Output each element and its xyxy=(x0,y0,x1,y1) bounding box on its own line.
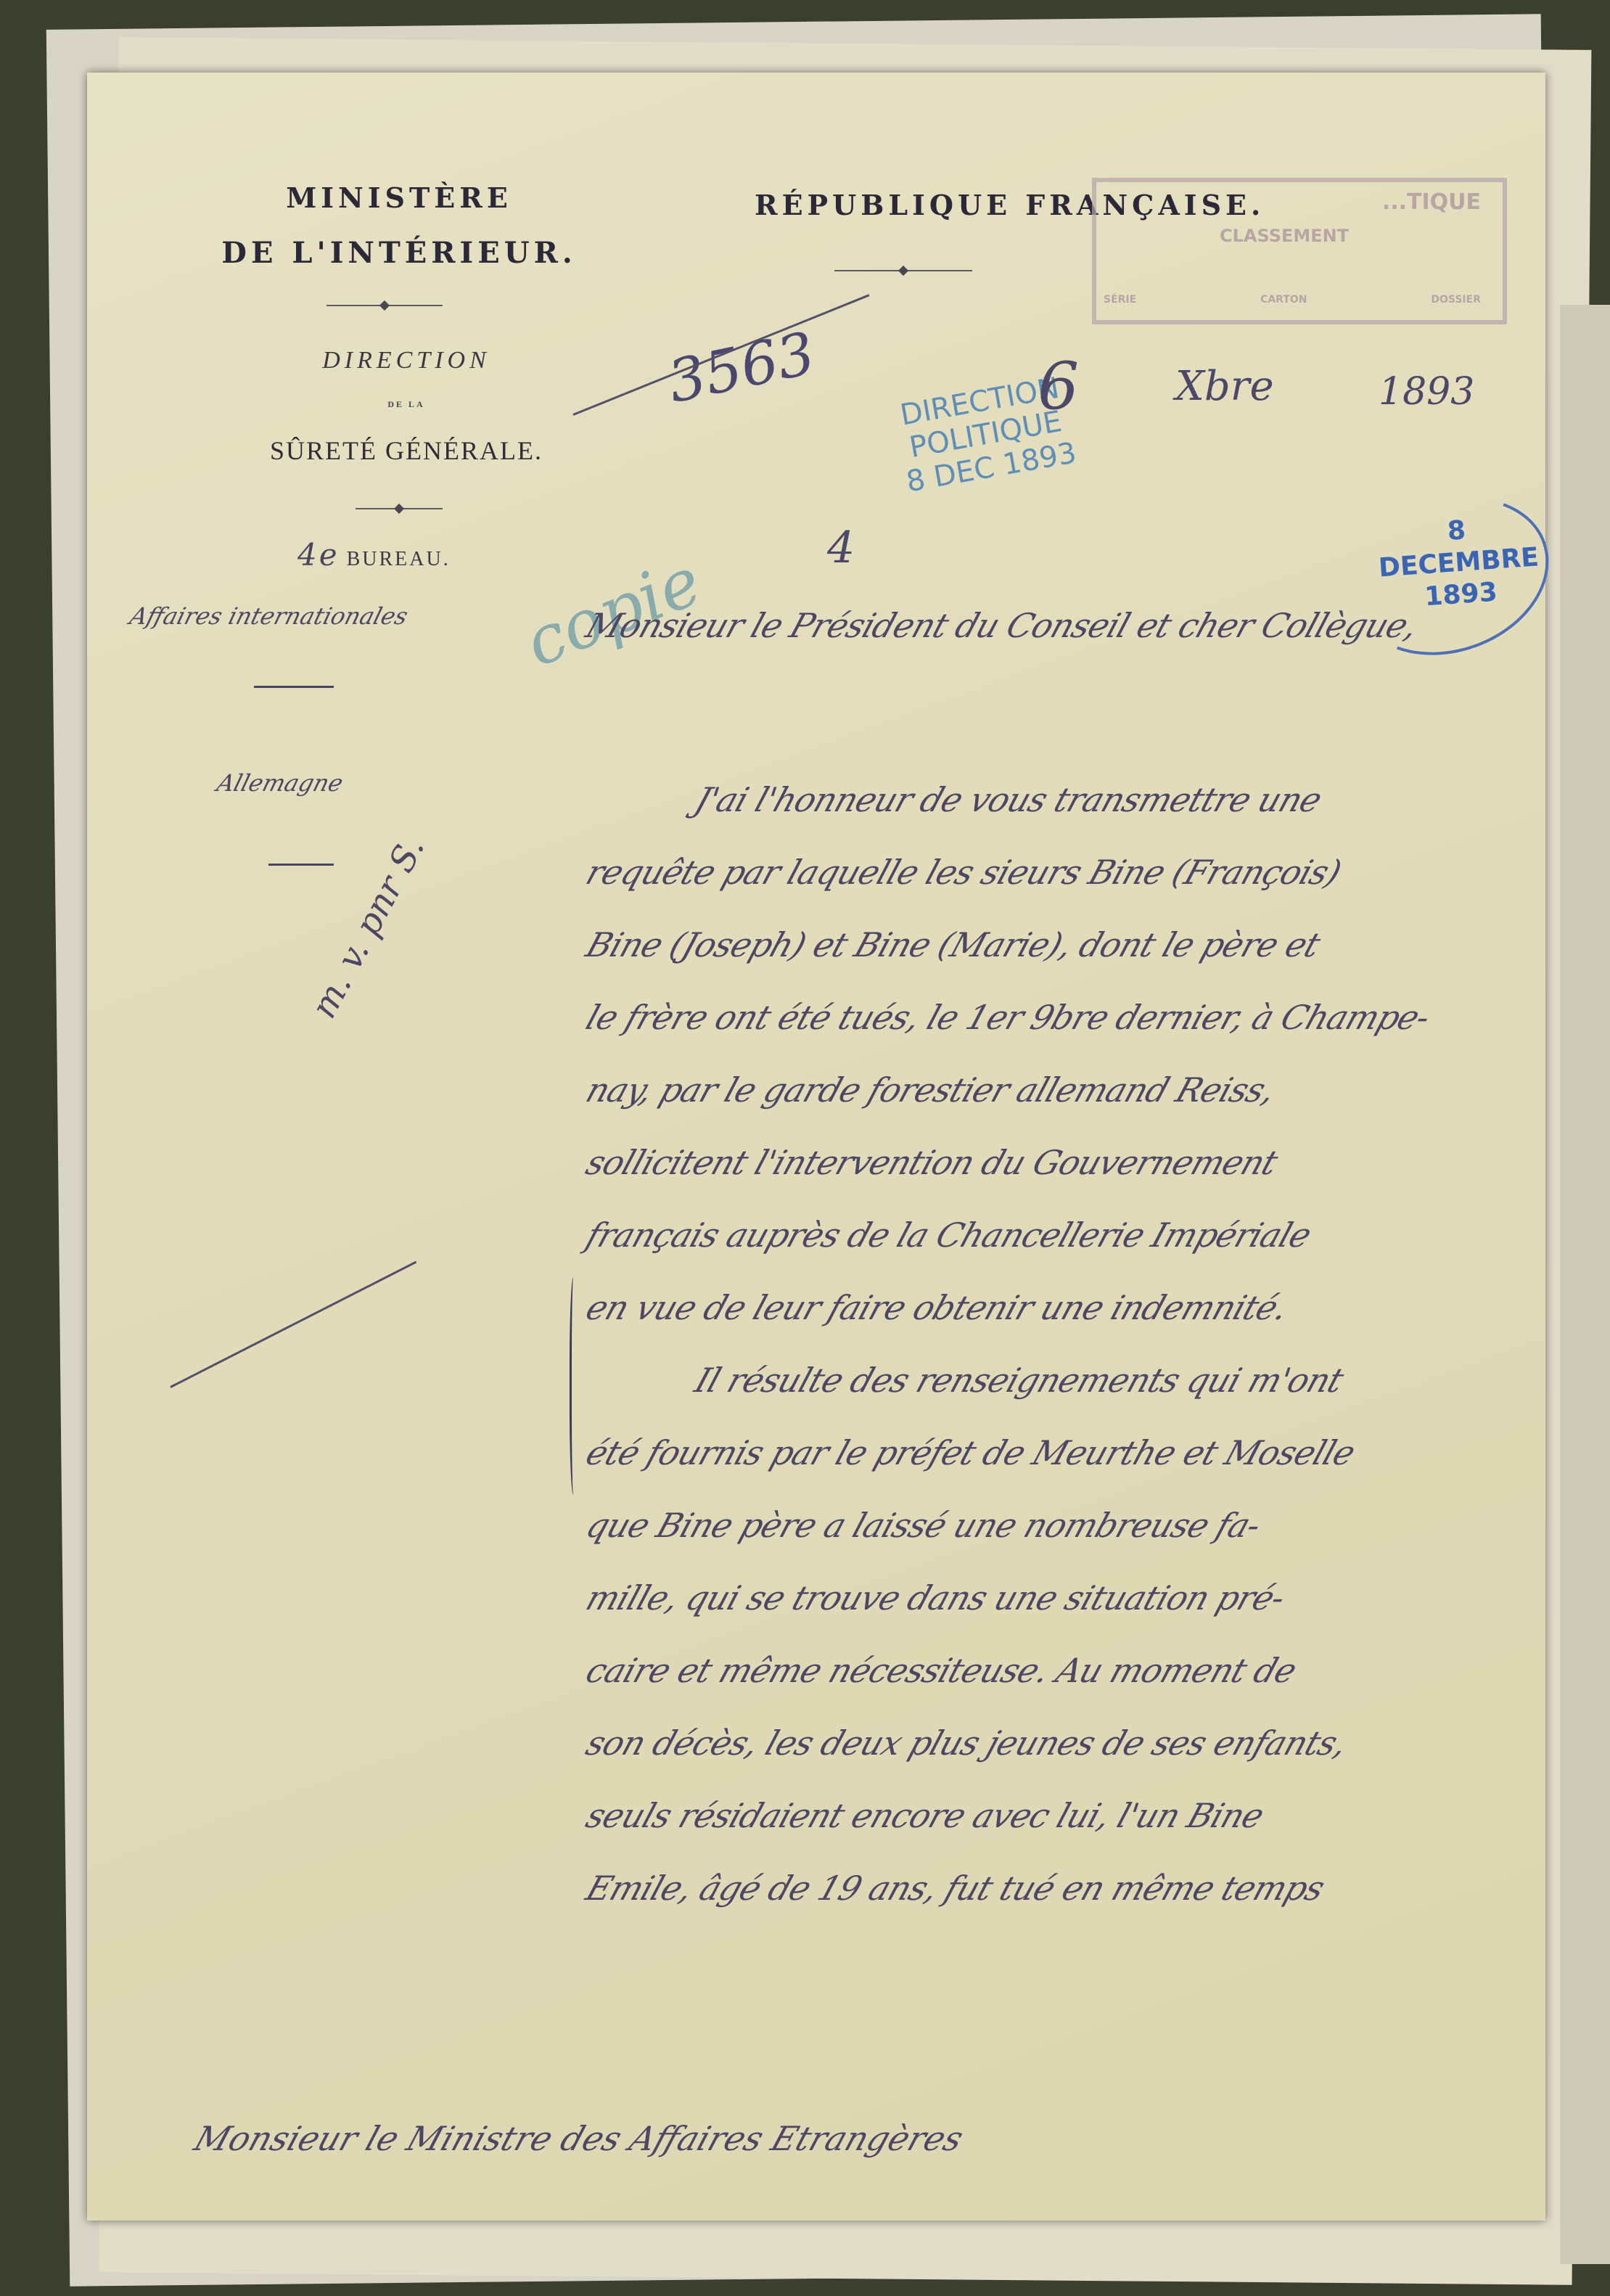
stamp-subtitle: CLASSEMENT xyxy=(1220,226,1349,246)
ornament-divider xyxy=(326,305,443,306)
letter-line: Il résulte des renseignements qui m'ont xyxy=(690,1361,1348,1400)
ornament-divider xyxy=(834,270,972,271)
letter-line: requête par laquelle les sieurs Bine (Fr… xyxy=(581,853,1346,892)
bureau-text: BUREAU. xyxy=(347,548,451,570)
date-year: 1893 xyxy=(1379,370,1474,414)
ministry-subtitle: DE L'INTÉRIEUR. xyxy=(181,236,617,270)
date-marker: 4 xyxy=(827,522,855,573)
letter-line: sollicitent l'intervention du Gouverneme… xyxy=(581,1143,1282,1182)
letter-line: son décès, les deux plus jeunes de ses e… xyxy=(581,1723,1352,1763)
bureau-number: 4e xyxy=(297,537,340,573)
page-edge-strip xyxy=(1560,305,1610,2264)
diagonal-pen-stroke xyxy=(170,1261,416,1388)
divider-line xyxy=(268,864,334,866)
date-day: 6 xyxy=(1038,348,1079,425)
salutation: Monsieur le Président du Conseil et cher… xyxy=(581,606,1422,645)
bureau-label: 4e BUREAU. xyxy=(297,537,451,573)
direction-label: DIRECTION xyxy=(261,347,551,374)
arrival-date-text: 8 DECEMBRE 1893 xyxy=(1376,509,1543,616)
date-month: Xbre xyxy=(1175,363,1274,410)
service-name: SÛRETÉ GÉNÉRALE. xyxy=(232,435,580,466)
letter-line: mille, qui se trouve dans une situation … xyxy=(581,1578,1289,1618)
letter-line: le frère ont été tués, le 1er 9bre derni… xyxy=(581,998,1434,1037)
letter-line: Bine (Joseph) et Bine (Marie), dont le p… xyxy=(581,925,1325,964)
letter-line: seuls résidaient encore avec lui, l'un B… xyxy=(581,1796,1268,1835)
letter-line: caire et même nécessiteuse. Au moment de xyxy=(581,1651,1301,1690)
margin-note-vertical: m. v. pnr S. xyxy=(303,830,432,1025)
letter-page: MINISTÈRE DE L'INTÉRIEUR. DIRECTION DE L… xyxy=(87,73,1545,2221)
classement-stamp: ...TIQUE CLASSEMENT SÉRIE CARTON DOSSIER xyxy=(1092,178,1507,324)
ministry-title: MINISTÈRE xyxy=(247,181,551,214)
letter-line: été fournis par le préfet de Meurthe et … xyxy=(581,1433,1360,1472)
de-la-label: DE LA xyxy=(348,399,464,410)
letter-line: français auprès de la Chancellerie Impér… xyxy=(581,1215,1315,1255)
letter-line: en vue de leur faire obtenir une indemni… xyxy=(581,1288,1292,1327)
divider-line xyxy=(254,686,334,688)
letter-line: J'ai l'honneur de vous transmettre une xyxy=(690,780,1326,819)
letter-line: Emile, âgé de 19 ans, fut tué en même te… xyxy=(581,1869,1329,1908)
letter-line: nay, par le garde forestier allemand Rei… xyxy=(581,1070,1280,1110)
margin-brace xyxy=(570,1277,579,1495)
stamp-column: DOSSIER xyxy=(1431,294,1481,306)
ornament-divider xyxy=(356,508,443,509)
margin-note-affairs: Affaires internationales xyxy=(127,602,411,630)
stamp-column: SÉRIE xyxy=(1104,294,1136,306)
letter-line: que Bine père a laissé une nombreuse fa- xyxy=(581,1506,1265,1545)
margin-note-country: Allemagne xyxy=(214,769,346,797)
addressee-line: Monsieur le Ministre des Affaires Etrang… xyxy=(189,2119,968,2158)
stamp-column: CARTON xyxy=(1260,294,1307,306)
stamp-title: ...TIQUE xyxy=(1382,189,1481,215)
